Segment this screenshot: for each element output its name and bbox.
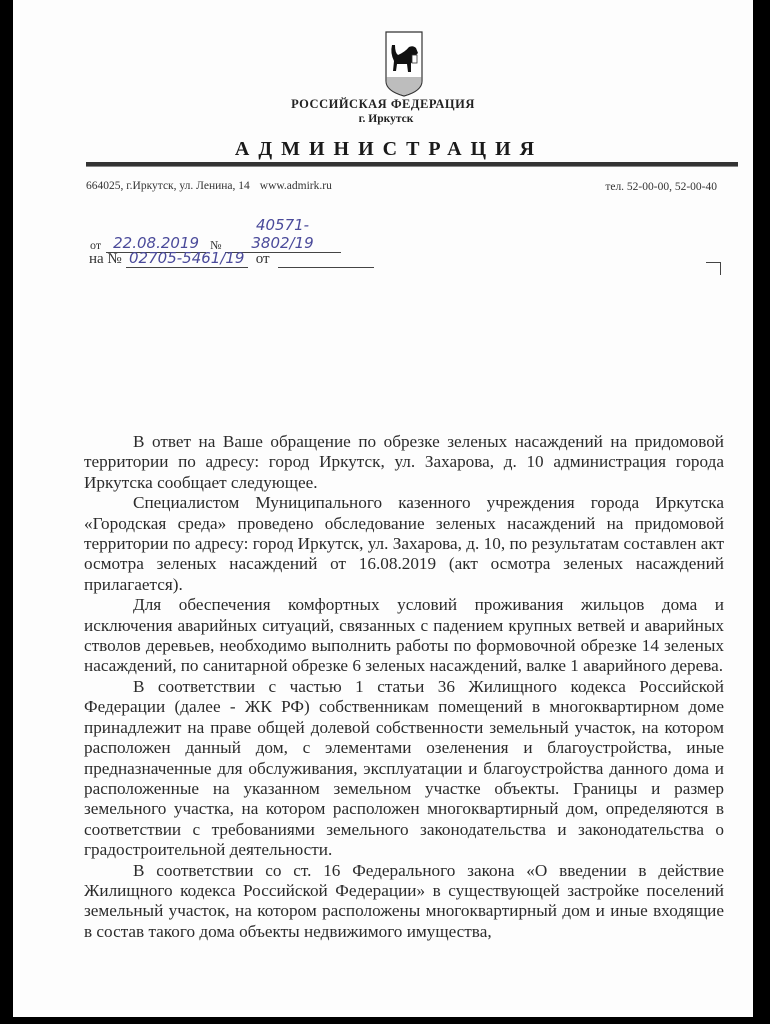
- postal-address: 664025, г.Иркутск, ул. Ленина, 14: [86, 180, 250, 192]
- irkutsk-coat-of-arms-icon: [385, 31, 423, 97]
- incoming-reference: на № 02705-5461/19 от: [89, 249, 374, 268]
- addressee-corner-mark: [706, 262, 721, 275]
- paragraph: В соответствии с частью 1 статьи 36 Жили…: [84, 677, 724, 861]
- paragraph: В соответствии со ст. 16 Федерального за…: [84, 861, 724, 943]
- paragraph: Для обеспечения комфортных условий прожи…: [84, 595, 724, 677]
- website-link[interactable]: www.admirk.ru: [260, 180, 332, 192]
- outgoing-number: 40571-3802/19: [225, 216, 341, 253]
- letter-body: В ответ на Ваше обращение по обрезке зел…: [84, 432, 724, 942]
- reply-to-number: 02705-5461/19: [126, 249, 248, 268]
- reply-from-date: [278, 251, 374, 268]
- contact-address: 664025, г.Иркутск, ул. Ленина, 14www.adm…: [86, 180, 332, 192]
- reply-from-label: от: [256, 251, 270, 268]
- organization-title: АДМИНИСТРАЦИЯ: [13, 138, 753, 161]
- reply-to-label: на №: [89, 251, 122, 268]
- paragraph: Специалистом Муниципального казенного уч…: [84, 493, 724, 595]
- outgoing-registration: от 22.08.2019 № 40571-3802/19: [90, 216, 341, 253]
- header-divider: [86, 162, 738, 167]
- paragraph: В ответ на Ваше обращение по обрезке зел…: [84, 432, 724, 493]
- contact-phone: тел. 52-00-00, 52-00-40: [605, 181, 717, 193]
- document-page: РОССИЙСКАЯ ФЕДЕРАЦИЯ г. Иркутск АДМИНИСТ…: [13, 0, 753, 1017]
- country-heading: РОССИЙСКАЯ ФЕДЕРАЦИЯ: [13, 97, 753, 112]
- city-heading: г. Иркутск: [13, 113, 753, 125]
